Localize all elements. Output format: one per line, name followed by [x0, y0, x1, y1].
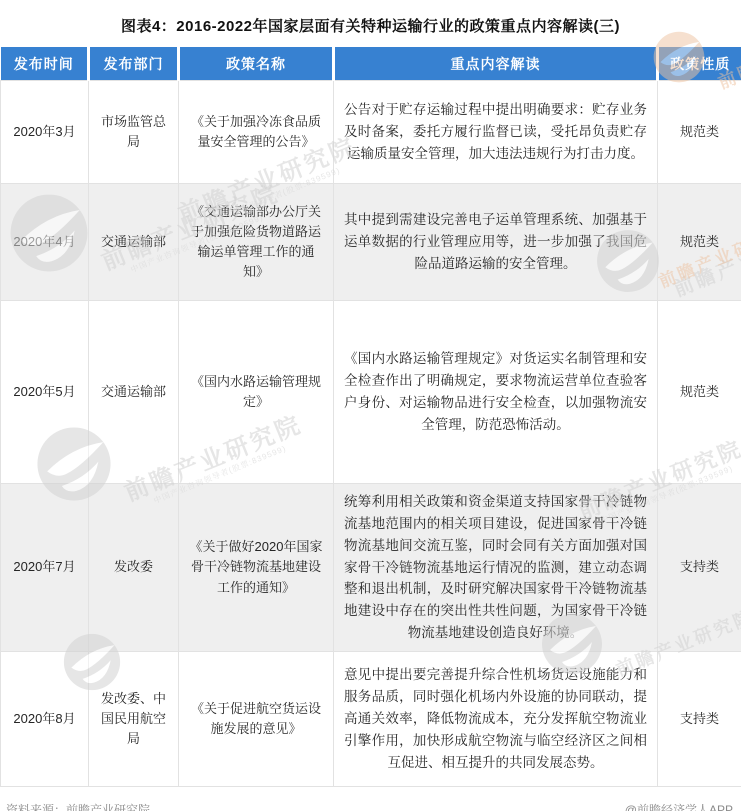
credit-note: @前瞻经济学人APP: [625, 801, 733, 811]
cell-policy-name: 《关于做好2020年国家骨干冷链物流基地建设工作的通知》: [179, 484, 334, 652]
footer: 资料来源：前瞻产业研究院 @前瞻经济学人APP: [0, 787, 741, 811]
table-row: 2020年4月 交通运输部 《交通运输部办公厅关于加强危险货物道路运输运单管理工…: [1, 184, 741, 301]
column-header-content: 重点内容解读: [334, 47, 658, 81]
cell-content: 统筹利用相关政策和资金渠道支持国家骨干冷链物流基地范围内的相关项目建设，促进国家…: [334, 484, 658, 652]
cell-department: 发改委: [89, 484, 179, 652]
cell-policy-name: 《交通运输部办公厅关于加强危险货物道路运输运单管理工作的通知》: [179, 184, 334, 301]
cell-department: 交通运输部: [89, 301, 179, 484]
column-header-nature: 政策性质: [658, 47, 741, 81]
cell-publish-date: 2020年3月: [1, 81, 89, 184]
chart-title: 图表4：2016-2022年国家层面有关特种运输行业的政策重点内容解读(三): [0, 0, 741, 47]
cell-content: 其中提到需建设完善电子运单管理系统、加强基于运单数据的行业管理应用等，进一步加强…: [334, 184, 658, 301]
source-note: 资料来源：前瞻产业研究院: [6, 801, 150, 811]
cell-publish-date: 2020年5月: [1, 301, 89, 484]
cell-policy-name: 《国内水路运输管理规定》: [179, 301, 334, 484]
report-page: 前瞻产业研究院中国产业咨询领导者(股票:839599) 前瞻产业研究院中国产业咨…: [0, 0, 741, 811]
table-row: 2020年8月 发改委、中国民用航空局 《关于促进航空货运设施发展的意见》 意见…: [1, 652, 741, 787]
cell-nature: 支持类: [658, 484, 741, 652]
cell-nature: 规范类: [658, 301, 741, 484]
cell-nature: 规范类: [658, 184, 741, 301]
cell-department: 发改委、中国民用航空局: [89, 652, 179, 787]
column-header-policy-name: 政策名称: [179, 47, 334, 81]
cell-nature: 规范类: [658, 81, 741, 184]
cell-publish-date: 2020年7月: [1, 484, 89, 652]
cell-publish-date: 2020年8月: [1, 652, 89, 787]
table-row: 2020年3月 市场监管总局 《关于加强冷冻食品质量安全管理的公告》 公告对于贮…: [1, 81, 741, 184]
cell-policy-name: 《关于促进航空货运设施发展的意见》: [179, 652, 334, 787]
table-header-row: 发布时间 发布部门 政策名称 重点内容解读 政策性质: [1, 47, 741, 81]
column-header-publish-date: 发布时间: [1, 47, 89, 81]
cell-nature: 支持类: [658, 652, 741, 787]
table-row: 2020年5月 交通运输部 《国内水路运输管理规定》 《国内水路运输管理规定》对…: [1, 301, 741, 484]
cell-content: 意见中提出要完善提升综合性机场货运设施能力和服务品质，同时强化机场内外设施的协同…: [334, 652, 658, 787]
policy-table: 发布时间 发布部门 政策名称 重点内容解读 政策性质 2020年3月 市场监管总…: [0, 47, 741, 787]
column-header-department: 发布部门: [89, 47, 179, 81]
cell-content: 公告对于贮存运输过程中提出明确要求：贮存业务及时备案，委托方履行监督已读，受托昂…: [334, 81, 658, 184]
table-row: 2020年7月 发改委 《关于做好2020年国家骨干冷链物流基地建设工作的通知》…: [1, 484, 741, 652]
cell-department: 交通运输部: [89, 184, 179, 301]
cell-content: 《国内水路运输管理规定》对货运实名制管理和安全检查作出了明确规定，要求物流运营单…: [334, 301, 658, 484]
cell-policy-name: 《关于加强冷冻食品质量安全管理的公告》: [179, 81, 334, 184]
cell-department: 市场监管总局: [89, 81, 179, 184]
cell-publish-date: 2020年4月: [1, 184, 89, 301]
